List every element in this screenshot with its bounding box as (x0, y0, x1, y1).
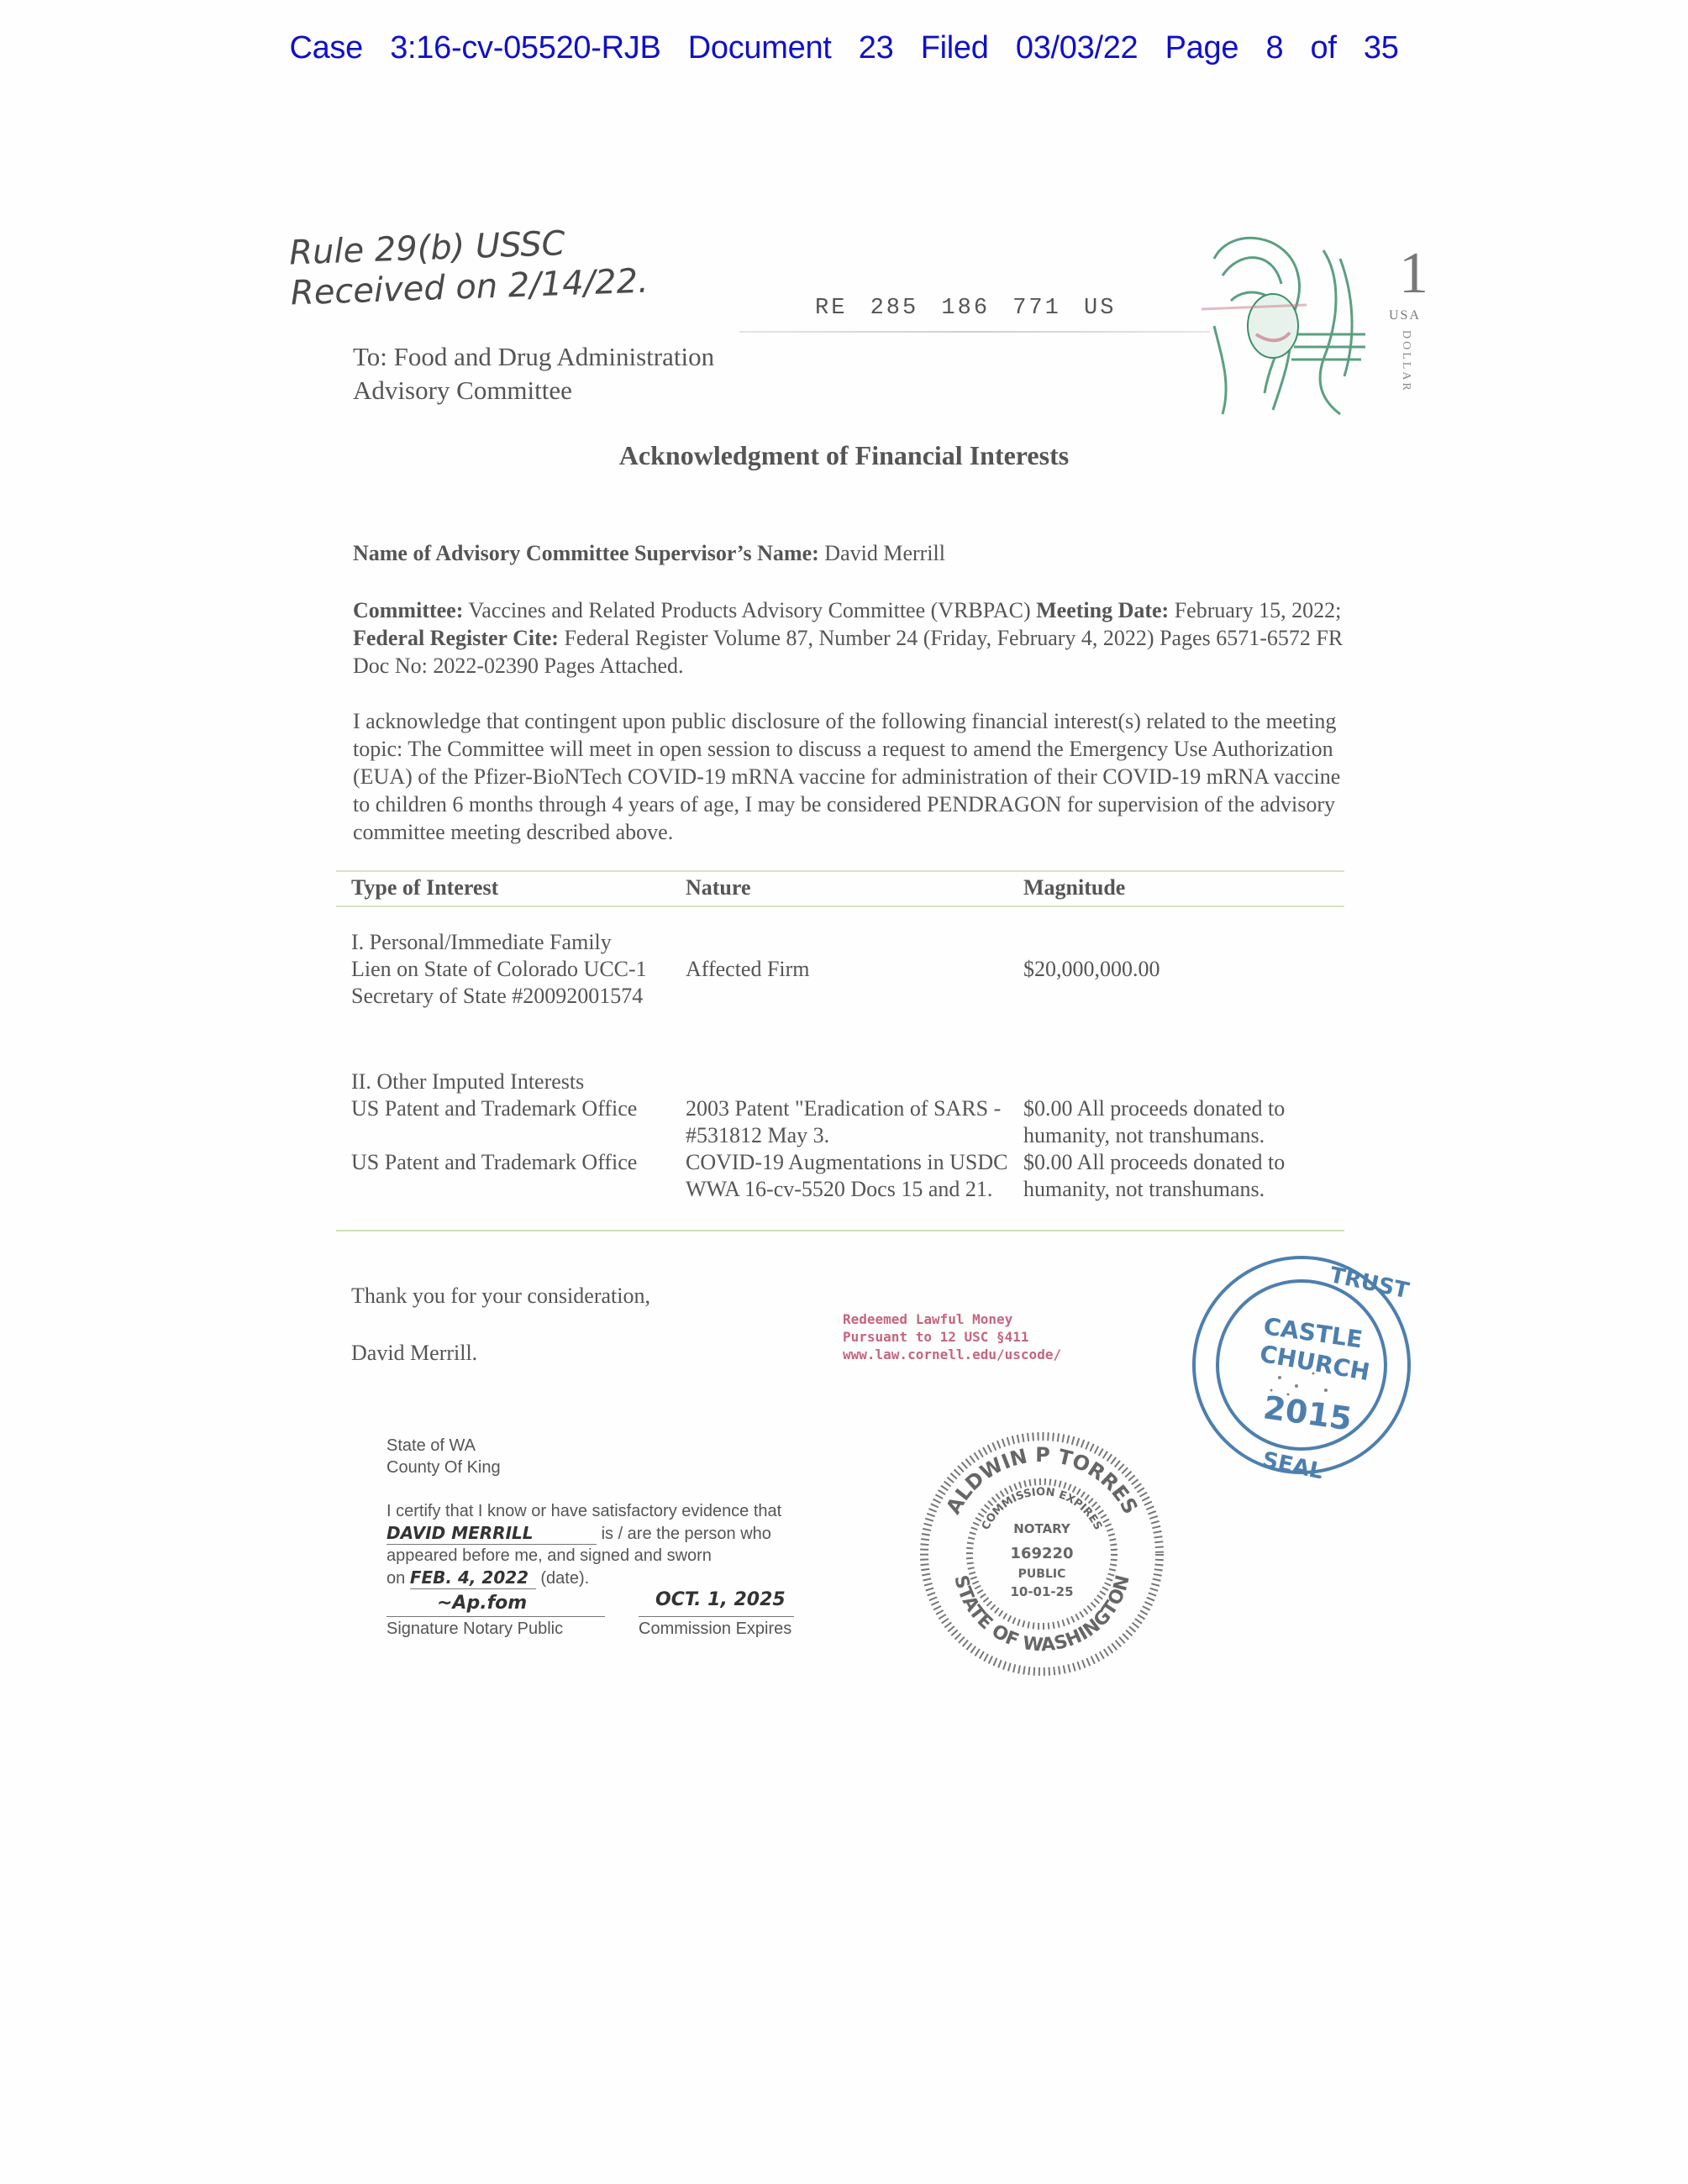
table-top-rule (336, 870, 1344, 872)
svg-text:DOLLAR: DOLLAR (1400, 330, 1412, 393)
case-number: Case 3:16-cv-05520-RJB (289, 30, 660, 66)
table-row-nature: Affected Firm (686, 956, 1022, 983)
tracking-underline (739, 331, 1210, 333)
notary-date: FEB. 4, 2022 (410, 1567, 536, 1589)
document-title: Acknowledgment of Financial Interests (0, 440, 1688, 471)
table-row-type: Lien on State of Colorado UCC-1 Secretar… (351, 956, 670, 1010)
notary-county: County Of King (387, 1457, 857, 1478)
table-row-magnitude: $20,000,000.00 (1023, 956, 1343, 983)
recipient-line-2: Advisory Committee (353, 374, 714, 407)
notary-person-name: DAVID MERRILL (387, 1522, 597, 1545)
svg-text:ALDWIN P TORRES: ALDWIN P TORRES (941, 1443, 1142, 1518)
closing-thanks: Thank you for your consideration, (351, 1284, 650, 1309)
liberty-stamp-icon: 1 USA DOLLAR (1197, 225, 1433, 418)
meeting-date-value: February 15, 2022; (1175, 598, 1342, 622)
supervisor-name: David Merrill (824, 541, 945, 565)
lawful-line-3: www.law.cornell.edu/uscode/ (843, 1346, 1061, 1363)
document-number: Document 23 (688, 30, 894, 66)
case-header: Case 3:16-cv-05520-RJB Document 23 Filed… (0, 30, 1688, 66)
header-nature: Nature (686, 875, 751, 900)
section-heading: II. Other Imputed Interests (351, 1068, 670, 1095)
notary-signature: ~Ap.fom (437, 1593, 527, 1614)
table-row-type: US Patent and Trademark Office (351, 1095, 670, 1122)
table-header-rule (336, 906, 1344, 907)
filed-date: Filed 03/03/22 (921, 30, 1138, 66)
table-row-magnitude: $0.00 All proceeds donated to humanity, … (1023, 1149, 1343, 1203)
table-row-magnitude: $0.00 All proceeds donated to humanity, … (1023, 1095, 1343, 1149)
svg-text:PUBLIC: PUBLIC (1018, 1567, 1066, 1581)
notary-seal-icon: ALDWIN P TORRES STATE OF WASHINGTON COMM… (916, 1428, 1168, 1680)
lawful-line-2: Pursuant to 12 USC §411 (843, 1328, 1061, 1346)
castle-church-seal-icon: TRUST CASTLE CHURCH 2015 SEAL (1179, 1252, 1424, 1478)
table-row-nature: COVID-19 Augmentations in USDC WWA 16-cv… (686, 1149, 1022, 1203)
lawful-money-stamp: Redeemed Lawful Money Pursuant to 12 USC… (843, 1310, 1061, 1363)
expires-line (639, 1616, 794, 1617)
page-number: Page 8 of 35 (1165, 30, 1399, 66)
svg-text:10-01-25: 10-01-25 (1010, 1584, 1073, 1599)
supervisor-line: Name of Advisory Committee Supervisor’s … (353, 539, 1344, 567)
register-label: Federal Register Cite: (353, 626, 559, 650)
closing-signature: David Merrill. (351, 1341, 477, 1366)
signature-label: Signature Notary Public (387, 1618, 563, 1640)
header-magnitude: Magnitude (1023, 875, 1125, 900)
meeting-date-label: Meeting Date: (1036, 598, 1169, 622)
postage-stamp: 1 USA DOLLAR (1197, 225, 1433, 418)
notary-expiration: OCT. 1, 2025 (655, 1589, 786, 1611)
table-row-type: US Patent and Trademark Office (351, 1149, 670, 1176)
header-type: Type of Interest (351, 875, 498, 900)
handwritten-note: Rule 29(b) USSC Received on 2/14/22. (288, 221, 649, 314)
committee-label: Committee: (353, 598, 463, 622)
expires-label: Commission Expires (639, 1618, 791, 1640)
svg-text:2015: 2015 (1261, 1389, 1354, 1437)
svg-text:NOTARY: NOTARY (1013, 1521, 1071, 1536)
document-page: Case 3:16-cv-05520-RJB Document 23 Filed… (0, 0, 1688, 2184)
notary-state: State of WA (387, 1435, 857, 1457)
svg-text:1: 1 (1399, 241, 1428, 306)
committee-paragraph: Committee: Vaccines and Related Products… (353, 596, 1344, 680)
notary-on: on (387, 1569, 405, 1588)
tracking-number: RE 285 186 771 US (815, 296, 1116, 321)
signature-line (387, 1616, 605, 1617)
table-bottom-rule (336, 1230, 1344, 1231)
section-heading: I. Personal/Immediate Family (351, 929, 670, 956)
notary-date-suffix: (date). (540, 1569, 589, 1588)
table-row-nature: 2003 Patent "Eradication of SARS - #5318… (686, 1095, 1022, 1149)
notary-block: State of WA County Of King I certify tha… (387, 1435, 857, 1640)
lawful-line-1: Redeemed Lawful Money (843, 1310, 1061, 1328)
recipient-line-1: To: Food and Drug Administration (353, 340, 714, 374)
notary-is-are: is / are the person who (602, 1525, 771, 1543)
supervisor-label: Name of Advisory Committee Supervisor’s … (353, 541, 819, 565)
notary-seal: ALDWIN P TORRES STATE OF WASHINGTON COMM… (916, 1428, 1168, 1680)
notary-certify: I certify that I know or have satisfacto… (387, 1500, 857, 1522)
acknowledgment-paragraph: I acknowledge that contingent upon publi… (353, 707, 1344, 846)
committee-value: Vaccines and Related Products Advisory C… (468, 598, 1030, 622)
notary-appeared: appeared before me, and signed and sworn (387, 1545, 857, 1567)
svg-text:TRUST: TRUST (1328, 1263, 1412, 1304)
svg-text:USA: USA (1389, 308, 1421, 323)
trust-seal: TRUST CASTLE CHURCH 2015 SEAL (1179, 1252, 1424, 1478)
recipient-block: To: Food and Drug Administration Advisor… (353, 340, 714, 407)
svg-text:169220: 169220 (1010, 1545, 1073, 1562)
svg-text:SEAL: SEAL (1260, 1447, 1326, 1478)
